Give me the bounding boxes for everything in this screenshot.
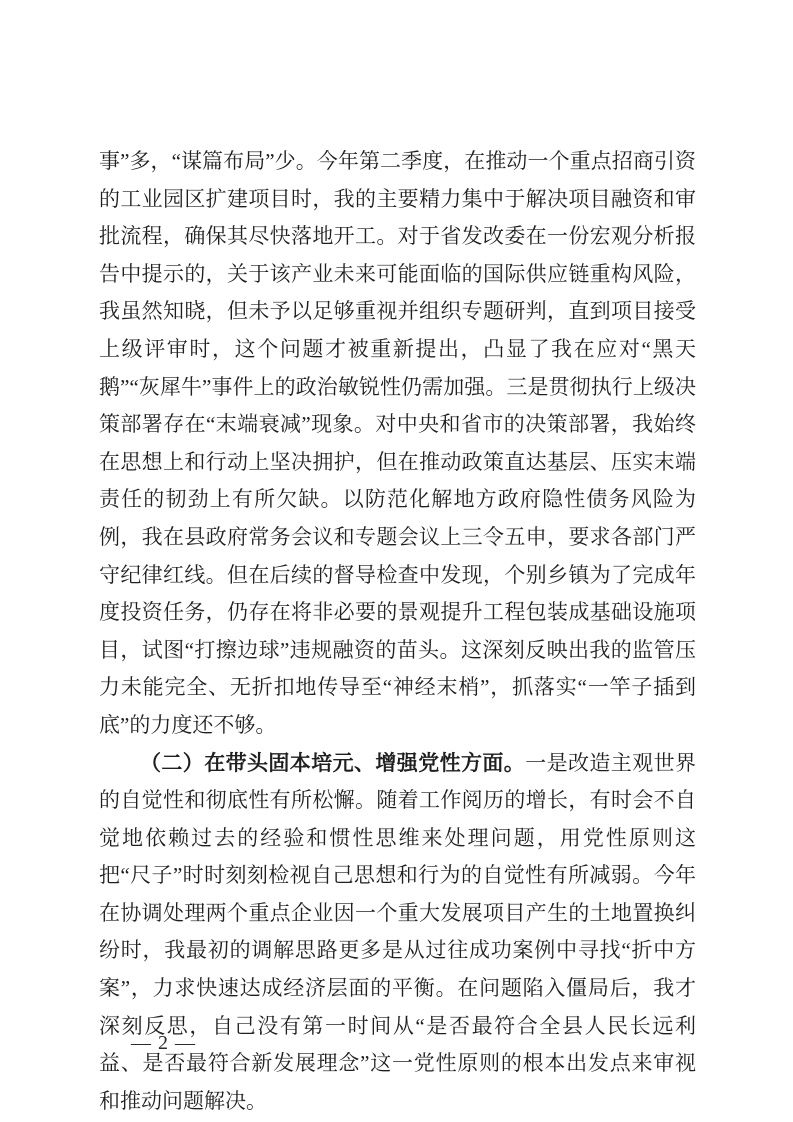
section-body-text: 一是改造主观世界的自觉性和彻底性有所松懈。随着工作阅历的增长，有时会不自觉地依赖… bbox=[99, 751, 696, 1113]
paragraph-continuation: 事”多，“谋篇布局”少。今年第二季度，在推动一个重点招商引资的工业园区扩建项目时… bbox=[99, 143, 696, 745]
page-number: — 2 — bbox=[131, 1032, 196, 1055]
section-heading: （二）在带头固本培元、增强党性方面。 bbox=[140, 751, 525, 775]
document-body: 事”多，“谋篇布局”少。今年第二季度，在推动一个重点招商引资的工业园区扩建项目时… bbox=[99, 143, 696, 1120]
paragraph-section-two: （二）在带头固本培元、增强党性方面。一是改造主观世界的自觉性和彻底性有所松懈。随… bbox=[99, 745, 696, 1121]
document-page: 事”多，“谋篇布局”少。今年第二季度，在推动一个重点招商引资的工业园区扩建项目时… bbox=[0, 0, 793, 1122]
